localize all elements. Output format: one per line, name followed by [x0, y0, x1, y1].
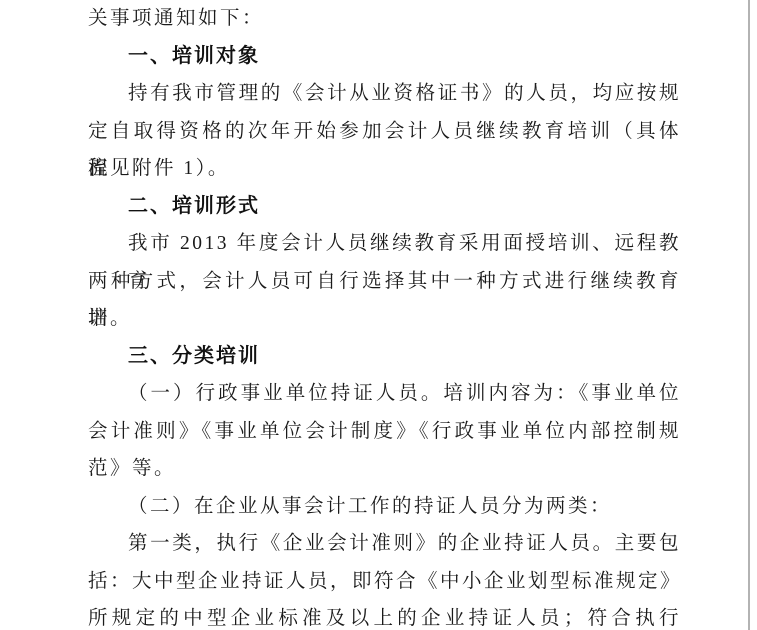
section-heading: 一、培训对象	[88, 38, 681, 76]
text-line: （一）行政事业单位持证人员。培训内容为：《事业单位	[88, 375, 681, 413]
document-body: 关事项通知如下：一、培训对象持有我市管理的《会计从业资格证书》的人员，均应按规定…	[88, 0, 681, 630]
document-page: 关事项通知如下：一、培训对象持有我市管理的《会计从业资格证书》的人员，均应按规定…	[0, 0, 757, 630]
text-line: 会计准则》《事业单位会计制度》《行政事业单位内部控制规	[88, 413, 681, 451]
text-line: 括：大中型企业持证人员，即符合《中小企业划型标准规定》	[88, 563, 681, 601]
text-line: 范》等。	[88, 450, 681, 488]
text-line: 程见附件 1）。	[88, 150, 681, 188]
text-line: 所规定的中型企业标准及以上的企业持证人员；符合执行《企	[88, 600, 681, 630]
text-line: 我市 2013 年度会计人员继续教育采用面授培训、远程教育	[88, 225, 681, 263]
text-line: （二）在企业从事会计工作的持证人员分为两类：	[88, 488, 681, 526]
text-line: 持有我市管理的《会计从业资格证书》的人员，均应按规	[88, 75, 681, 113]
section-heading: 二、培训形式	[88, 188, 681, 226]
page-edge-divider	[748, 0, 750, 630]
text-line: 两种方式，会计人员可自行选择其中一种方式进行继续教育培	[88, 263, 681, 301]
text-line: 定自取得资格的次年开始参加会计人员继续教育培训（具体流	[88, 113, 681, 151]
text-line: 第一类，执行《企业会计准则》的企业持证人员。主要包	[88, 525, 681, 563]
section-heading: 三、分类培训	[88, 338, 681, 376]
text-line: 训。	[88, 300, 681, 338]
text-line: 关事项通知如下：	[88, 0, 681, 38]
